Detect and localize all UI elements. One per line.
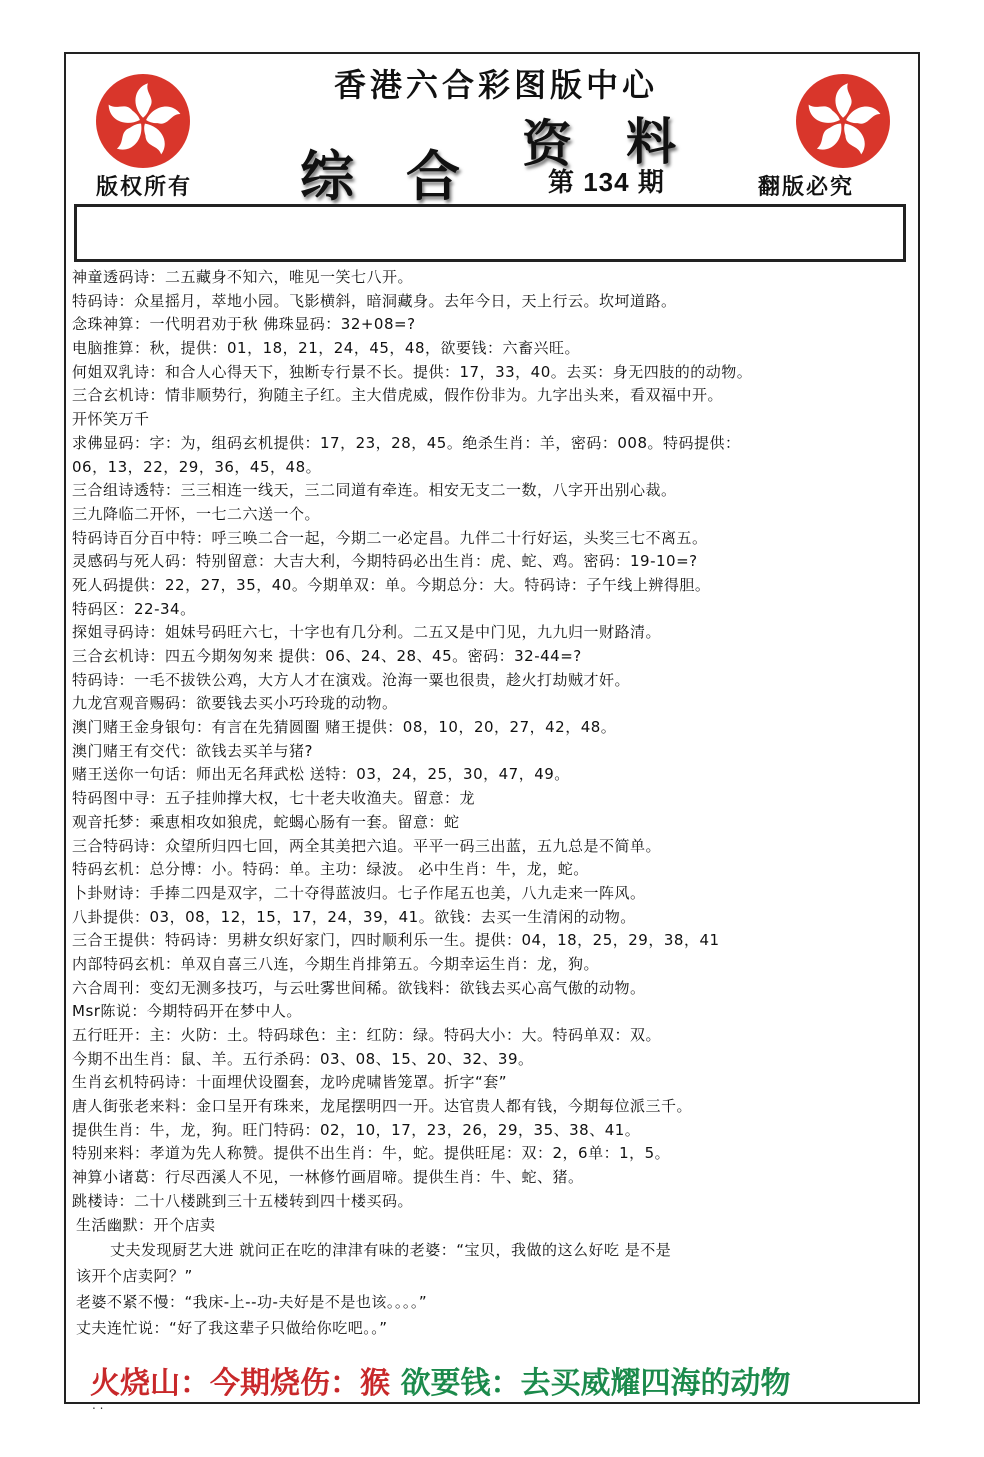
joke-line: 丈夫发现厨艺大进 就问正在吃的津津有味的老婆：“宝贝，我做的这么好吃 是不是 <box>72 1237 912 1263</box>
content-line: 何姐双乳诗：和合人心得天下，独断专行景不长。提供：17，33，40。去买：身无四… <box>72 361 912 385</box>
content-line: 内部特码玄机：单双自喜三八连，今期生肖排第五。今期幸运生肖：龙，狗。 <box>72 953 912 977</box>
content-line: 念珠神算：一代明君劝于秋 佛珠显码：32+08=? <box>72 313 912 337</box>
content-line: 06，13，22，29，36，45，48。 <box>72 456 912 480</box>
content-line: 三九降临二开怀，一七二六送一个。 <box>72 503 912 527</box>
content-line: 三合特码诗：众望所归四七回，两全其美把六追。平平一码三出蓝，五九总是不简单。 <box>72 835 912 859</box>
content-line: 八卦提供：03，08，12，15，17，24，39，41。欲钱：去买一生清闲的动… <box>72 906 912 930</box>
content-line: 卜卦财诗：手捧二四是双字，二十夺得蓝波归。七子作尾五也美，八九走来一阵风。 <box>72 882 912 906</box>
content-line: 开怀笑万千 <box>72 408 912 432</box>
banner-money-hint: 欲要钱：去买威耀四海的动物 <box>400 1366 790 1401</box>
footer-dots: . . <box>92 1398 103 1412</box>
content-line: 今期不出生肖：鼠、羊。五行杀码：03、08、15、20、32、39。 <box>72 1048 912 1072</box>
copyright-label: 版权所有 <box>96 170 192 201</box>
content-line: 三合玄机诗：情非顺势行，狗随主子红。主大借虎威，假作份非为。九字出头来，看双福中… <box>72 384 912 408</box>
joke-line: 该开个店卖阿？” <box>72 1263 912 1289</box>
footer-banner: 火烧山：今期烧伤：猴 欲要钱：去买威耀四海的动物 <box>90 1358 900 1398</box>
content-line: 灵感码与死人码：特别留意：大吉大利，今期特码必出生肖：虎、蛇、鸡。密码：19-1… <box>72 550 912 574</box>
content-line: 跳楼诗：二十八楼跳到三十五楼转到四十楼买码。 <box>72 1190 912 1214</box>
content-line: 澳门赌王金身银句：有言在先猜圆圈 赌王提供：08，10，20，27，42，48。 <box>72 716 912 740</box>
bauhinia-flower-icon <box>802 80 884 162</box>
content-line: 特码诗：众星摇月，萃地小园。飞影横斜，暗洞藏身。去年今日，天上行云。坎坷道路。 <box>72 290 912 314</box>
content-line: 观音托梦：乘恵相攻如狼虎，蛇蝎心肠有一套。留意：蛇 <box>72 811 912 835</box>
publisher-title: 香港六合彩图版中心 <box>256 60 736 106</box>
content-line: Msr陈说：今期特码开在梦中人。 <box>72 1000 912 1024</box>
content-line: 特码区：22-34。 <box>72 598 912 622</box>
content-line: 六合周刊：变幻无测多技巧，与云吐雾世间稀。欲钱料：欲钱去买心高气傲的动物。 <box>72 977 912 1001</box>
content-line: 三合组诗透特：三三相连一线天，三二同道有牵连。相安无支二一数，八字开出别心裁。 <box>72 479 912 503</box>
content-line: 神算小诸葛：行尽西溪人不见，一林修竹画眉啼。提供生肖：牛、蛇、猪。 <box>72 1166 912 1190</box>
issue-number: 第 134 期 <box>548 162 665 199</box>
content-line: 三合玄机诗：四五今期匆匆来 提供：06、24、28、45。密码：32-44=? <box>72 645 912 669</box>
content-line: 赌王送你一句话：师出无名拜武松 送特：03，24，25，30，47，49。 <box>72 763 912 787</box>
bauhinia-flower-icon <box>102 80 184 162</box>
page-frame: 香港六合彩图版中心 版权所有 翻版必究 综 合 资 料 第 134 期 神童透码… <box>64 52 920 1404</box>
content-line: 电脑推算：秋，提供：01，18，21，24，45，48，欲要钱：六畜兴旺。 <box>72 337 912 361</box>
content-line: 求佛显码：字：为，组码玄机提供：17，23，28，45。绝杀生肖：羊，密码：00… <box>72 432 912 456</box>
content-line: 五行旺开：主：火防：土。特码球色：主：红防：绿。特码大小：大。特码单双：双。 <box>72 1024 912 1048</box>
content-list: 神童透码诗：二五藏身不知六，唯见一笑七八开。 特码诗：众星摇月，萃地小园。飞影横… <box>72 266 912 1341</box>
content-line: 澳门赌王有交代：欲钱去买羊与猪? <box>72 740 912 764</box>
title-char-2: 合 <box>406 134 460 211</box>
bauhinia-emblem-left <box>96 74 190 168</box>
content-line: 特码诗：一毛不拔铁公鸡，大方人才在演戏。沧海一粟也很贵，趁火打劫贼才奸。 <box>72 669 912 693</box>
content-line: 神童透码诗：二五藏身不知六，唯见一笑七八开。 <box>72 266 912 290</box>
content-line: 特码诗百分百中特：呼三唤二合一起，今期二一必定昌。九伴二十行好运，头奖三七不离五… <box>72 527 912 551</box>
content-line: 特码图中寻：五子挂帅撑大权，七十老夫收渔夫。留意：龙 <box>72 787 912 811</box>
blank-ad-box <box>74 204 906 262</box>
content-line: 特别来料：孝道为先人称赞。提供不出生肖：牛，蛇。提供旺尾：双：2，6单：1，5。 <box>72 1142 912 1166</box>
content-line: 死人码提供：22，27，35，40。今期单双：单。今期总分：大。特码诗：子午线上… <box>72 574 912 598</box>
content-line: 唐人街张老来料：金口呈开有珠来，龙尾摆明四一开。达官贵人都有钱，今期每位派三千。 <box>72 1095 912 1119</box>
joke-line: 丈夫连忙说：“好了我这辈子只做给你吃吧。。” <box>72 1315 912 1341</box>
bauhinia-emblem-right <box>796 74 890 168</box>
content-line: 提供生肖：牛，龙，狗。旺门特码：02，10，17，23，26，29，35、38、… <box>72 1119 912 1143</box>
banner-fire-hint: 火烧山：今期烧伤：猴 <box>90 1366 390 1401</box>
joke-line: 老婆不紧不慢：“我床-上--功-夫好是不是也该。。。。” <box>72 1289 912 1315</box>
content-line: 探姐寻码诗：姐妹号码旺六七，十字也有几分利。二五又是中门见，九九归一财路清。 <box>72 621 912 645</box>
content-line: 生肖玄机特码诗：十面埋伏设圈套，龙吟虎啸皆笼罩。折字“套” <box>72 1071 912 1095</box>
joke-title: 生活幽默：开个店卖 <box>72 1214 912 1238</box>
content-line: 九龙宫观音赐码：欲要钱去买小巧玲珑的动物。 <box>72 692 912 716</box>
piracy-warning-label: 翻版必究 <box>758 170 854 201</box>
title-char-1: 综 <box>300 134 354 211</box>
content-line: 特码玄机：总分博：小。特码：单。主功：绿波。 必中生肖：牛，龙，蛇。 <box>72 858 912 882</box>
content-line: 三合王提供：特码诗：男耕女织好家门，四时顺利乐一生。提供：04，18，25，29… <box>72 929 912 953</box>
